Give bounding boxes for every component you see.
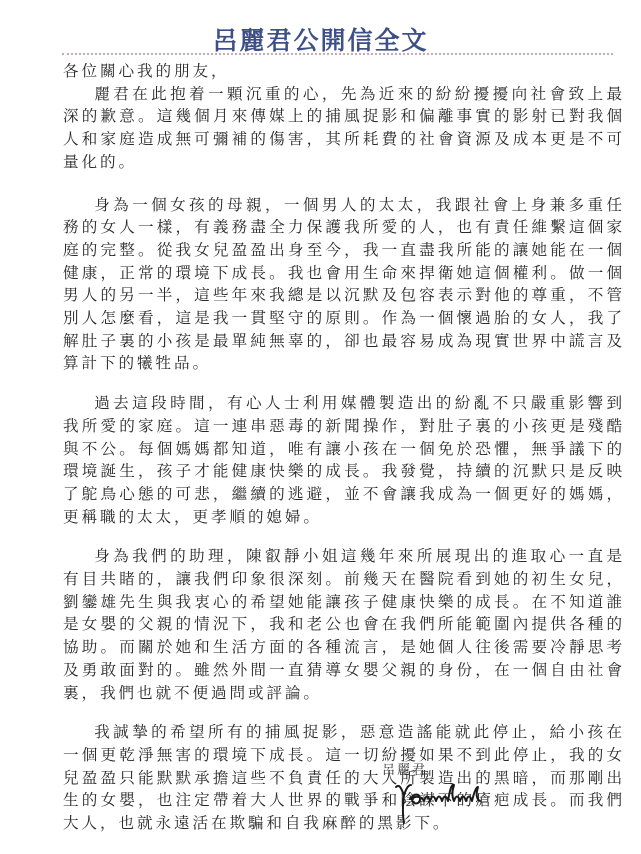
paragraph-closing-wish: 我誠摯的希望所有的捕風捉影，惡意造謠能就此停止，給小孩在一個更乾淨無害的環境下成… [63,721,625,835]
letter-body: 各位關心我的朋友， 麗君在此抱着一顆沉重的心，先為近來的紛紛擾擾向社會致上最深的… [63,60,625,852]
signature-name: 呂麗君 [382,759,427,778]
paragraph-assistant: 身為我們的助理，陳叡靜小姐這幾年來所展現出的進取心一直是有目共睹的，讓我們印象很… [63,545,625,704]
letter-title: 呂麗君公開信全文 [0,21,641,57]
paragraph-apology: 麗君在此抱着一顆沉重的心，先為近來的紛紛擾擾向社會致上最深的歉意。這幾個月來傳媒… [63,83,625,174]
handwritten-signature-icon [392,777,502,825]
title-divider [62,53,613,55]
paragraph-media-chaos: 過去這段時間，有心人士利用媒體製造出的紛亂不只嚴重影響到我所愛的家庭。這一連串惡… [63,392,625,528]
salutation: 各位關心我的朋友， [63,60,625,83]
paragraph-mother-wife: 身為一個女孩的母親，一個男人的太太，我跟社會上身兼多重任務的女人一樣，有義務盡全… [63,194,625,376]
